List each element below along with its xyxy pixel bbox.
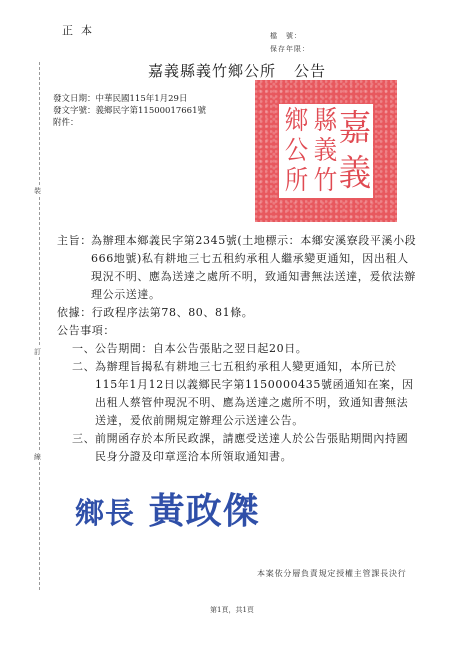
seal-char: 鄉 <box>285 108 308 134</box>
seal-column-3: 鄉 公 所 <box>283 106 309 196</box>
issue-date: 發文日期：中華民國115年1月29日 <box>53 93 206 105</box>
seal-char: 義 <box>339 156 371 192</box>
copy-mark: 正本 <box>62 22 100 38</box>
attachment-label: 附件： <box>53 117 206 129</box>
binding-mark-ding: 訂 <box>34 347 41 357</box>
subject-text: 為辦理本鄉義民字第2345號(土地標示：本鄉安溪寮段平溪小段666地號)私有耕地… <box>91 232 417 304</box>
signature-title: 鄉長 <box>75 496 135 530</box>
seal-column-2: 縣 義 竹 <box>312 106 338 196</box>
seal-char: 義 <box>314 138 337 164</box>
item-text: 公告期間：自本公告張貼之翌日起20日。 <box>95 342 307 355</box>
delegation-note: 本案依分層負責規定授權主管課長決行 <box>257 568 407 579</box>
page-title: 嘉義縣義竹鄉公所公告 <box>148 60 326 81</box>
seal-char: 縣 <box>314 108 337 134</box>
list-item: 三、 前開函存於本所民政課，請應受送達人於公告張貼期間內持國民身分證及印章逕洽本… <box>72 430 417 466</box>
list-item: 二、 為辦理旨揭私有耕地三七五租約承租人變更通知，本所已於115年1月12日以義… <box>72 358 417 430</box>
list-item: 一、 公告期間：自本公告張貼之翌日起20日。 <box>72 340 417 358</box>
binding-line <box>39 62 40 590</box>
issuing-organization: 嘉義縣義竹鄉公所 <box>148 62 276 80</box>
subject-section: 主旨： 為辦理本鄉義民字第2345號(土地標示：本鄉安溪寮段平溪小段666地號)… <box>57 232 417 304</box>
file-number-label: 檔 號： <box>270 31 302 41</box>
binding-mark-xian: 線 <box>34 452 41 462</box>
signature-name: 黃政傑 <box>149 491 260 532</box>
item-text: 為辦理旨揭私有耕地三七五租約承租人變更通知，本所已於115年1月12日以義鄉民字… <box>95 360 414 427</box>
seal-char: 竹 <box>314 168 337 194</box>
document-type: 公告 <box>294 62 326 80</box>
signature-stamp: 鄉長 黃政傑 <box>75 483 260 534</box>
item-text: 前開函存於本所民政課，請應受送達人於公告張貼期間內持國民身分證及印章逕洽本所領取… <box>95 432 408 463</box>
official-seal-icon: 嘉 義 縣 義 竹 鄉 公 所 <box>255 80 397 222</box>
legal-basis: 依據：行政程序法第78、80、81條。 <box>57 304 253 322</box>
notice-items-list: 一、 公告期間：自本公告張貼之翌日起20日。 二、 為辦理旨揭私有耕地三七五租約… <box>72 340 417 466</box>
retention-period-label: 保存年限： <box>270 44 310 54</box>
seal-char: 嘉 <box>339 111 371 147</box>
item-number: 三、 <box>72 430 95 448</box>
item-number: 一、 <box>72 340 95 358</box>
page-number: 第1頁，共1頁 <box>210 605 254 615</box>
seal-column-1: 嘉 義 <box>342 106 369 196</box>
subject-label: 主旨： <box>57 232 92 250</box>
seal-char: 公 <box>285 138 308 164</box>
binding-mark-zhuang: 裝 <box>34 186 41 196</box>
seal-inner-field: 嘉 義 縣 義 竹 鄉 公 所 <box>279 104 373 198</box>
seal-char: 所 <box>285 168 308 194</box>
document-header-info: 發文日期：中華民國115年1月29日 發文字號：義鄉民字第11500017661… <box>53 93 206 129</box>
reference-number: 發文字號：義鄉民字第11500017661號 <box>53 105 206 117</box>
notice-items-heading: 公告事項： <box>57 322 115 340</box>
item-number: 二、 <box>72 358 95 376</box>
